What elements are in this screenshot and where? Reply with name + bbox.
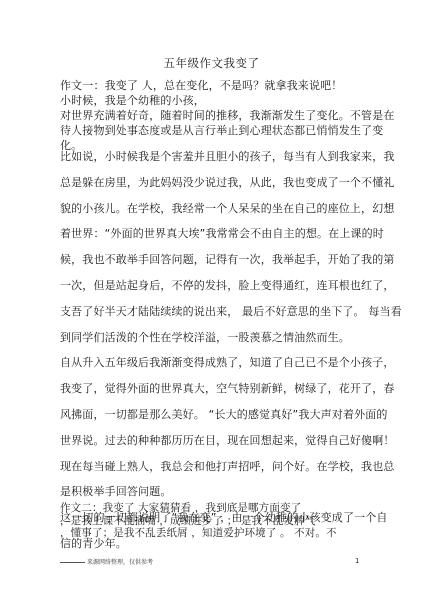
text-line: 候，我也不敢举手回答问题，记得有一次，我举起手，开始了我的第 xyxy=(60,247,365,273)
text-line: 比如说，小时候我是个害羞并且胆小的孩子，每当有人到我家来，我 xyxy=(60,144,365,170)
text-line: 世界说。过去的种种都历历在目，现在回想起来，觉得自己好傻啊！ xyxy=(60,428,365,454)
footer-rule xyxy=(60,562,85,563)
text-line: 风拂面，一切都是那么美好。 “长大的感觉真好”我大声对着外面的 xyxy=(60,402,365,428)
text-line: ，是我上课不乱插嘴 ，成绩进步了 ； 是我不乱发脾气 xyxy=(60,515,365,528)
text-line: 总是躲在房里，为此妈妈没少说过我，从此，我也变成了一个不懂礼 xyxy=(60,170,365,196)
text-line: 作文一：我变了 人，总在变化，不是吗？就拿我来说吧！ xyxy=(60,78,365,93)
text-line: 作文二：我变了 大家猜猜看 ，我到底是哪方面变了 xyxy=(60,502,365,515)
text-line: 着世界：“外面的世界真大埃”我常常会不由自主的想。在上课的时 xyxy=(60,221,365,247)
text-line: ，懂事了；是我不乱丢纸屑 ，知道爱护环境了 。 不对。不 xyxy=(60,527,365,540)
text-line: 支吾了好半天才陆陆续续的说出来， 最后不好意思的坐下了。 每当看 xyxy=(60,299,365,325)
intro-paragraph: 作文一：我变了 人，总在变化，不是吗？就拿我来说吧！ 小时候，我是个幼稚的小孩，… xyxy=(60,78,365,153)
document-title: 五年级作文我变了 xyxy=(0,55,423,71)
text-line: 对世界充满着好奇，随着时间的推移，我渐渐发生了变化。不管是在 xyxy=(60,108,365,123)
page-footer: 来源网络整理，仅供参考 xyxy=(60,557,153,566)
body-paragraphs: 比如说，小时候我是个害羞并且胆小的孩子，每当有人到我家来，我 总是躲在房里，为此… xyxy=(60,144,365,557)
text-line: 现在每当碰上熟人，我总会和他打声招呼，问个好。在学校，我也总 xyxy=(60,454,365,480)
text-line: 貌的小孩儿。在学校，我经常一个人呆呆的坐在自己的座位上，幻想 xyxy=(60,196,365,222)
text-line: 小时候，我是个幼稚的小孩， xyxy=(60,93,365,108)
essay-two-paragraph: 作文二：我变了 大家猜猜看 ，我到底是哪方面变了 ，是我上课不乱插嘴 ，成绩进步… xyxy=(60,502,365,540)
footer-note: 来源网络整理，仅供参考 xyxy=(87,559,153,566)
page-number: 1 xyxy=(355,557,359,565)
text-line: 待人接物到处事态度或是从言行举止到心理状态都已悄悄发生了变 xyxy=(60,123,365,138)
text-line: 到同学们活泼的个性在学校洋溢，一股羡慕之情油然而生。 xyxy=(60,325,365,351)
text-line: 一次，但是站起身后，不停的发抖，脸上变得通红，连耳根也红了， xyxy=(60,273,365,299)
text-line: 我变了，觉得外面的世界真大，空气特别新鲜，树绿了，花开了，春 xyxy=(60,376,365,402)
text-line: 自从升入五年级后我渐渐变得成熟了，知道了自己已不是个小孩子， xyxy=(60,350,365,376)
